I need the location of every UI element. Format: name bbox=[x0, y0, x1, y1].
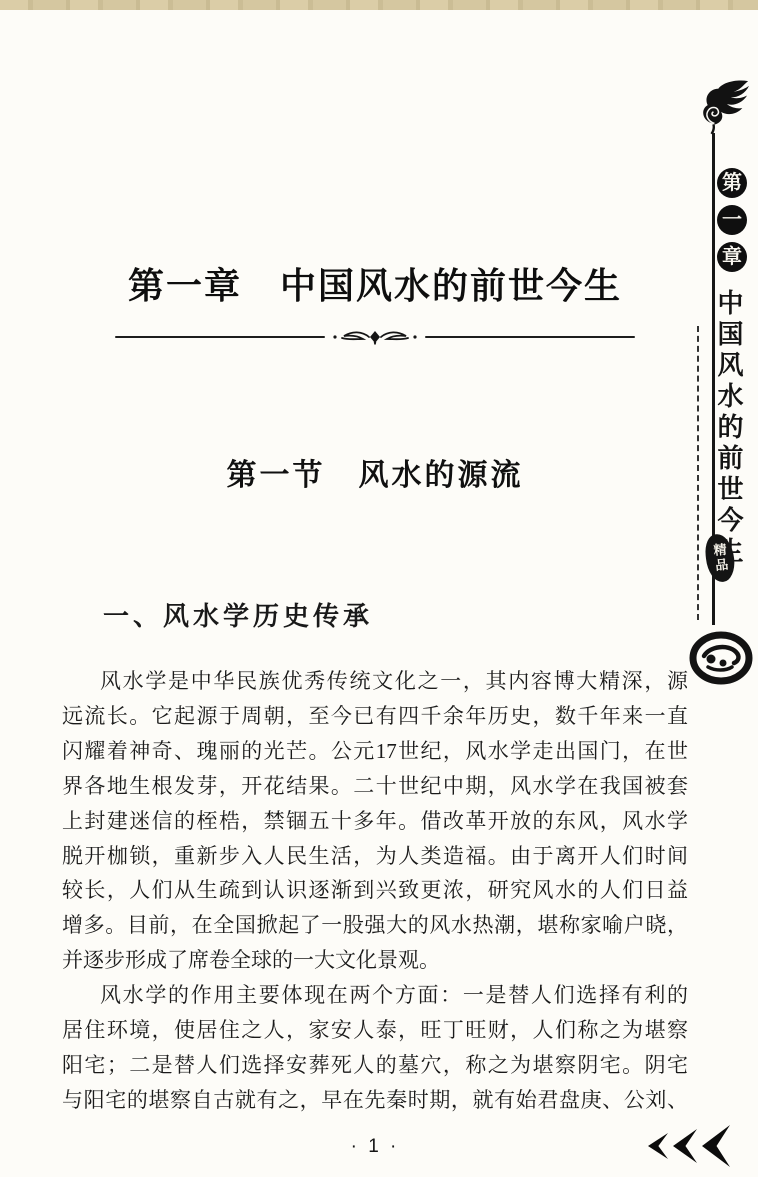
chapter-divider bbox=[115, 328, 635, 346]
subsection-heading: 一、风水学历史传承 bbox=[103, 596, 373, 633]
left-arrow-icon bbox=[673, 1129, 697, 1163]
text-line: 脱开枷锁，重新步入人民生活，为人类造福。由于离开人们时间 bbox=[62, 839, 688, 874]
paragraph-1: 风水学是中华民族优秀传统文化之一，其内容博大精深，源远流长。它起源于周朝，至今已… bbox=[62, 664, 688, 978]
left-arrow-icon bbox=[648, 1133, 668, 1159]
paragraph-2: 风水学的作用主要体现在两个方面：一是替人们选择有利的居住环境，使居住之人，家安人… bbox=[62, 978, 688, 1118]
text-line: 并逐步形成了席卷全球的一大文化景观。 bbox=[62, 943, 688, 978]
section-title: 第一节 风水的源流 bbox=[60, 450, 690, 494]
text-line: 远流长。它起源于周朝，至今已有四千余年历史，数千年来一直 bbox=[62, 699, 688, 734]
divider-rule-left bbox=[115, 336, 325, 338]
text-line: 增多。目前，在全国掀起了一股强大的风水热潮，堪称家喻户晓， bbox=[62, 908, 688, 943]
text-line: 阳宅；二是替人们选择安葬死人的墓穴，称之为堪察阴宅。阴宅 bbox=[62, 1048, 688, 1083]
page-top-border bbox=[0, 0, 758, 10]
body-text: 风水学是中华民族优秀传统文化之一，其内容博大精深，源远流长。它起源于周朝，至今已… bbox=[62, 664, 688, 1118]
seal-medallion-icon bbox=[688, 630, 754, 686]
flourish-icon bbox=[332, 329, 418, 345]
text-line: 较长，人们从生疏到认识逐渐到兴致更浓，研究风水的人们日益 bbox=[62, 873, 688, 908]
text-line: 章 bbox=[717, 242, 747, 272]
text-line: 上封建迷信的桎梏，禁锢五十多年。借改革开放的东风，风水学 bbox=[62, 804, 688, 839]
chapter-number-seals: 第一章 bbox=[717, 168, 747, 279]
text-line: 与阳宅的堪察自古就有之，早在先秦时期，就有始君盘庚、公刘、 bbox=[62, 1083, 688, 1118]
text-line: 一 bbox=[717, 205, 747, 235]
wing-ornament-icon bbox=[700, 80, 750, 136]
margin-chapter-title: 中国风水的前世今生 bbox=[717, 289, 747, 568]
corner-nav-arrows bbox=[648, 1125, 730, 1167]
divider-rule-right bbox=[425, 336, 635, 338]
text-line: 第 bbox=[717, 168, 747, 198]
chapter-title: 第一章 中国风水的前世今生 bbox=[60, 258, 690, 309]
text-line: 闪耀着神奇、瑰丽的光芒。公元17世纪，风水学走出国门，在世 bbox=[62, 734, 688, 769]
left-arrow-icon bbox=[702, 1125, 730, 1167]
text-line: 风水学是中华民族优秀传统文化之一，其内容博大精深，源 bbox=[62, 664, 688, 699]
text-line: 界各地生根发芽，开花结果。二十世纪中期，风水学在我国被套 bbox=[62, 769, 688, 804]
page-number: · 1 · bbox=[62, 1136, 688, 1158]
scanned-book-page: { "page": { "colors": { "paper": "#fdfcf… bbox=[0, 0, 758, 1177]
text-line: 居住环境，使居住之人，家安人泰，旺丁旺财，人们称之为堪察 bbox=[62, 1013, 688, 1048]
text-line: 风水学的作用主要体现在两个方面：一是替人们选择有利的 bbox=[62, 978, 688, 1013]
margin-dashed-line bbox=[697, 326, 699, 620]
